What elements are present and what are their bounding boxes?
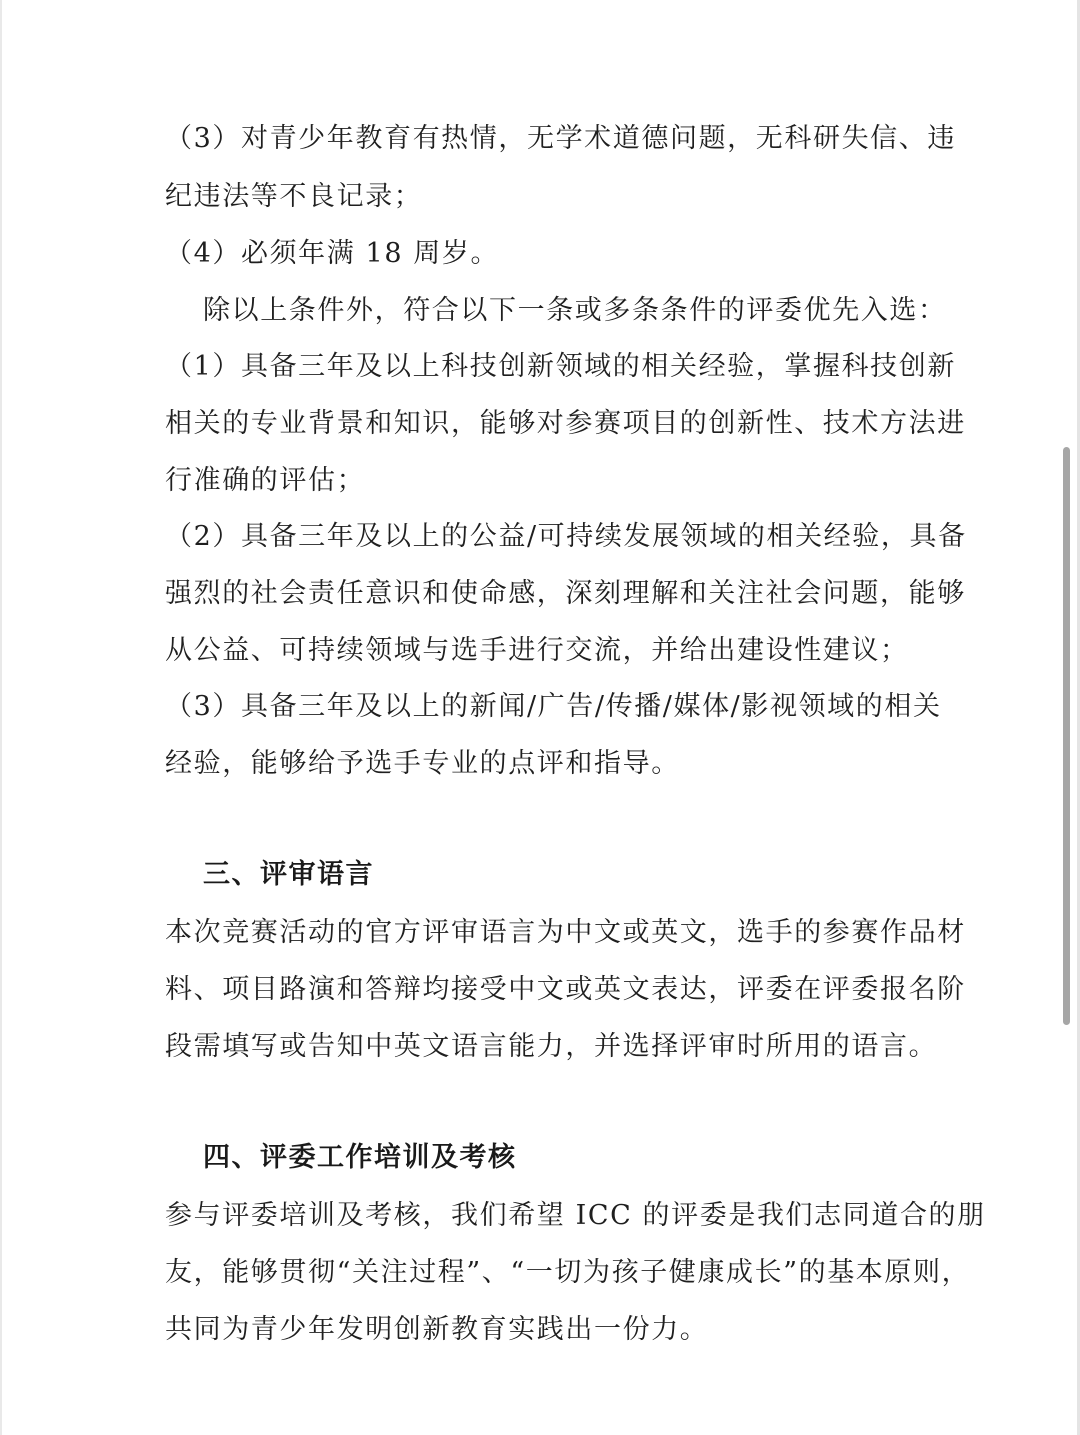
- section-3-heading: 三、评审语言: [203, 858, 374, 892]
- section-4-line-2: 友，能够贯彻“关注过程”、“一切为孩子健康成长”的基本原则，: [165, 1256, 917, 1290]
- preferred-2-line-3: 从公益、可持续领域与选手进行交流，并给出建设性建议；: [165, 634, 909, 668]
- section-3-line-2: 料、项目路演和答辩均接受中文或英文表达，评委在评委报名阶: [165, 973, 917, 1007]
- scrollbar-thumb[interactable]: [1063, 447, 1070, 1025]
- preferred-2-line-2: 强烈的社会责任意识和使命感，深刻理解和关注社会问题，能够: [165, 577, 917, 611]
- section-4-line-1: 参与评委培训及考核，我们希望 ICC 的评委是我们志同道合的朋: [165, 1199, 917, 1233]
- preferred-1-line-1: （1）具备三年及以上科技创新领域的相关经验，掌握科技创新: [165, 350, 917, 384]
- preferred-1-line-2: 相关的专业背景和知识，能够对参赛项目的创新性、技术方法进: [165, 407, 917, 441]
- requirement-4: （4）必须年满 18 周岁。: [165, 237, 499, 271]
- section-3-line-1: 本次竞赛活动的官方评审语言为中文或英文，选手的参赛作品材: [165, 916, 917, 950]
- page-left-border: [0, 0, 2, 1435]
- requirement-3-line-1: （3）对青少年教育有热情，无学术道德问题，无科研失信、违: [165, 122, 917, 156]
- section-4-heading: 四、评委工作培训及考核: [203, 1141, 517, 1175]
- section-4-line-3: 共同为青少年发明创新教育实践出一份力。: [165, 1313, 708, 1347]
- preferred-1-line-3: 行准确的评估；: [165, 464, 365, 498]
- preferred-3-line-1: （3）具备三年及以上的新闻/广告/传播/媒体/影视领域的相关: [165, 690, 917, 724]
- requirement-3-line-2: 纪违法等不良记录；: [165, 180, 422, 214]
- preferred-3-line-2: 经验，能够给予选手专业的点评和指导。: [165, 747, 680, 781]
- preferred-2-line-1: （2）具备三年及以上的公益/可持续发展领域的相关经验，具备: [165, 520, 917, 554]
- preferred-intro: 除以上条件外，符合以下一条或多条条件的评委优先入选：: [203, 294, 947, 328]
- section-3-line-3: 段需填写或告知中英文语言能力，并选择评审时所用的语言。: [165, 1030, 937, 1064]
